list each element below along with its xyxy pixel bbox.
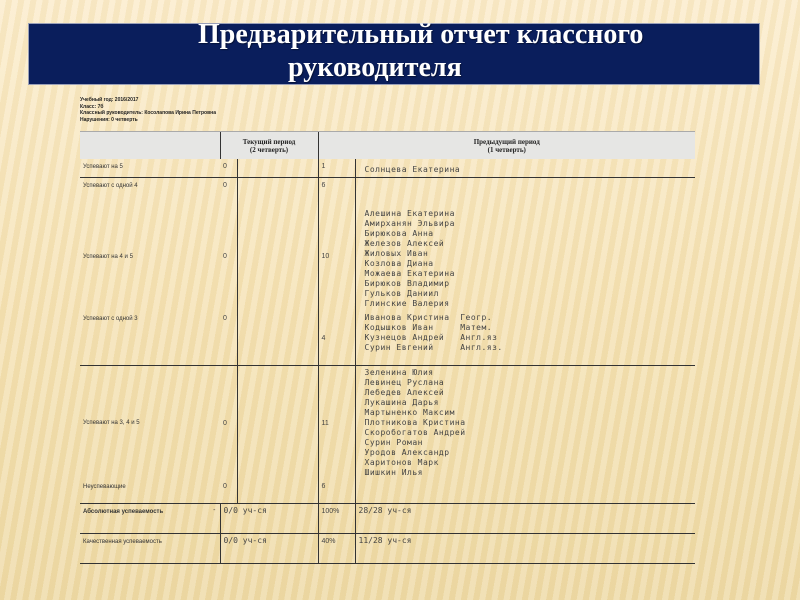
previous-value: 40% bbox=[322, 538, 336, 545]
header-previous-line2: (1 четверть) bbox=[319, 146, 696, 154]
student-name: Харитонов Марк bbox=[365, 458, 693, 468]
current-count-cell: 0/0 уч-ся bbox=[220, 504, 318, 534]
student-name: Солнцева Екатерина bbox=[365, 165, 693, 175]
row-label-cell: Успевают с одной 3 bbox=[80, 311, 220, 366]
current-count-cell: 0/0 уч-ся bbox=[220, 534, 318, 564]
previous-value: 100% bbox=[322, 508, 340, 515]
student-name: Можаева Екатерина bbox=[365, 269, 693, 279]
table-row: Абсолютная успеваемость-0/0 уч-ся100%28/… bbox=[80, 504, 695, 534]
current-value: 0 bbox=[223, 163, 227, 170]
student-name: Кузнецов Андрей Англ.яз bbox=[365, 333, 693, 343]
row-label: Успевают на 3, 4 и 5 bbox=[83, 420, 140, 426]
table-row: Успевают с одной 406 bbox=[80, 178, 695, 201]
current-count: 0/0 уч-ся bbox=[224, 506, 267, 515]
row-label-cell: Успевают на 5 bbox=[80, 159, 220, 178]
previous-value-cell: 4 bbox=[318, 311, 355, 366]
previous-value-cell: 6 bbox=[318, 178, 355, 201]
previous-names-cell: Солнцева Екатерина bbox=[355, 159, 695, 178]
row-label: Успевают с одной 3 bbox=[83, 316, 138, 322]
previous-value: 11 bbox=[322, 420, 329, 427]
current-value: 0 bbox=[223, 483, 227, 490]
current-value: - bbox=[213, 507, 215, 514]
student-name: Левинец Руслана bbox=[365, 378, 693, 388]
student-name: Зеленина Юлия bbox=[365, 368, 693, 378]
row-label-cell: Успевают на 3, 4 и 5 bbox=[80, 366, 220, 479]
student-name: Бирюкова Анна bbox=[365, 229, 693, 239]
row-label: Абсолютная успеваемость bbox=[83, 509, 163, 515]
row-label-cell: Успевают на 4 и 5 bbox=[80, 201, 220, 311]
previous-value-cell: 1 bbox=[318, 159, 355, 178]
previous-names-cell: Зеленина ЮлияЛевинец РусланаЛебедев Алек… bbox=[355, 366, 695, 504]
student-name: Жиловых Иван bbox=[365, 249, 693, 259]
title-line-2: руководителя bbox=[0, 51, 800, 84]
header-current-line2: (2 четверть) bbox=[221, 146, 318, 154]
student-name: Железов Алексей bbox=[365, 239, 693, 249]
table-header-row: Текущий период (2 четверть) Предыдущий п… bbox=[80, 132, 695, 160]
previous-names-cell: Алешина ЕкатеринаАмирханян ЭльвираБирюко… bbox=[355, 201, 695, 311]
previous-value: 10 bbox=[322, 253, 330, 260]
current-names-cell bbox=[237, 479, 318, 504]
previous-names-cell: Иванова Кристина Геогр.Кодышков Иван Мат… bbox=[355, 311, 695, 366]
current-value-cell: 0 bbox=[220, 311, 237, 366]
student-names: Солнцева Екатерина bbox=[359, 161, 693, 175]
header-previous-line1: Предыдущий период bbox=[319, 138, 696, 146]
row-label-cell: Абсолютная успеваемость- bbox=[80, 504, 220, 534]
student-name: Уродов Александр bbox=[365, 448, 693, 458]
student-name: Глинские Валерия bbox=[365, 299, 693, 309]
student-name: Иванова Кристина Геогр. bbox=[365, 313, 693, 323]
row-label: Успевают с одной 4 bbox=[83, 183, 138, 189]
previous-names-cell bbox=[355, 178, 695, 201]
student-name: Скоробогатов Андрей bbox=[365, 428, 693, 438]
row-label-cell: Неуспевающие bbox=[80, 479, 220, 504]
header-empty bbox=[80, 132, 220, 160]
table-row: Успевают на 501Солнцева Екатерина bbox=[80, 159, 695, 178]
table-row: Успевают с одной 304Иванова Кристина Гео… bbox=[80, 311, 695, 366]
previous-value-cell: 40% bbox=[318, 534, 355, 564]
student-names: Иванова Кристина Геогр.Кодышков Иван Мат… bbox=[359, 313, 693, 353]
student-name: Бирюков Владимир bbox=[365, 279, 693, 289]
current-names-cell bbox=[237, 201, 318, 311]
header-current-period: Текущий период (2 четверть) bbox=[220, 132, 318, 160]
row-label: Качественная успеваемость bbox=[83, 539, 162, 545]
student-name: Плотникова Кристина bbox=[365, 418, 693, 428]
previous-count-cell: 11/28 уч-ся bbox=[355, 534, 695, 564]
student-name: Лебедев Алексей bbox=[365, 388, 693, 398]
current-names-cell bbox=[237, 159, 318, 178]
header-previous-period: Предыдущий период (1 четверть) bbox=[318, 132, 695, 160]
previous-count: 11/28 уч-ся bbox=[359, 536, 412, 545]
current-value: 0 bbox=[223, 253, 227, 260]
previous-value: 4 bbox=[322, 335, 326, 342]
student-name: Амирханян Эльвира bbox=[365, 219, 693, 229]
previous-count: 28/28 уч-ся bbox=[359, 506, 412, 515]
row-label-cell: Успевают с одной 4 bbox=[80, 178, 220, 201]
student-name: Козлова Диана bbox=[365, 259, 693, 269]
current-value: 0 bbox=[223, 182, 227, 189]
previous-value-cell: 10 bbox=[318, 201, 355, 311]
current-value-cell: 0 bbox=[220, 159, 237, 178]
student-name: Сурин Роман bbox=[365, 438, 693, 448]
previous-value: 6 bbox=[322, 483, 326, 490]
row-label: Неуспевающие bbox=[83, 484, 126, 490]
current-names-cell bbox=[237, 311, 318, 366]
student-name: Гульков Даниил bbox=[365, 289, 693, 299]
student-names: Алешина ЕкатеринаАмирханян ЭльвираБирюко… bbox=[359, 203, 693, 309]
table-row: Качественная успеваемость0/0 уч-ся40%11/… bbox=[80, 534, 695, 564]
previous-value: 6 bbox=[322, 182, 326, 189]
current-value: 0 bbox=[223, 420, 227, 427]
student-names: Зеленина ЮлияЛевинец РусланаЛебедев Алек… bbox=[359, 368, 693, 478]
student-name: Мартыненко Максим bbox=[365, 408, 693, 418]
current-names-cell bbox=[237, 178, 318, 201]
current-value-cell: 0 bbox=[220, 366, 237, 479]
previous-value-cell: 11 bbox=[318, 366, 355, 479]
title-line-1: Предварительный отчет классного bbox=[0, 18, 800, 51]
current-names-cell bbox=[237, 366, 318, 479]
table-row: Успевают на 3, 4 и 5011Зеленина ЮлияЛеви… bbox=[80, 366, 695, 479]
row-label-cell: Качественная успеваемость bbox=[80, 534, 220, 564]
header-current-line1: Текущий период bbox=[221, 138, 318, 146]
current-value: 0 bbox=[223, 315, 227, 322]
current-value-cell: 0 bbox=[220, 201, 237, 311]
current-value-cell: 0 bbox=[220, 479, 237, 504]
table-row: Успевают на 4 и 5010Алешина ЕкатеринаАми… bbox=[80, 201, 695, 311]
student-name: Сурин Евгений Англ.яз. bbox=[365, 343, 693, 353]
row-label: Успевают на 4 и 5 bbox=[83, 254, 133, 260]
report-meta: Учебный год: 2016/2017 Класс: 7б Классны… bbox=[80, 97, 216, 123]
student-name: Лукашина Дарья bbox=[365, 398, 693, 408]
slide-title: Предварительный отчет классного руководи… bbox=[0, 18, 800, 84]
period-info: Нарушения: 0 четверть bbox=[80, 117, 216, 124]
student-name: Кодышков Иван Матем. bbox=[365, 323, 693, 333]
previous-value: 1 bbox=[322, 163, 326, 170]
current-count: 0/0 уч-ся bbox=[224, 536, 267, 545]
previous-value-cell: 6 bbox=[318, 479, 355, 504]
student-name: Шишкин Илья bbox=[365, 468, 693, 478]
row-label: Успевают на 5 bbox=[83, 164, 123, 170]
class-teacher: Классный руководитель: Косолапова Ирина … bbox=[80, 110, 216, 117]
report-table: Текущий период (2 четверть) Предыдущий п… bbox=[80, 131, 695, 564]
student-name: Алешина Екатерина bbox=[365, 209, 693, 219]
previous-value-cell: 100% bbox=[318, 504, 355, 534]
previous-count-cell: 28/28 уч-ся bbox=[355, 504, 695, 534]
current-value-cell: 0 bbox=[220, 178, 237, 201]
